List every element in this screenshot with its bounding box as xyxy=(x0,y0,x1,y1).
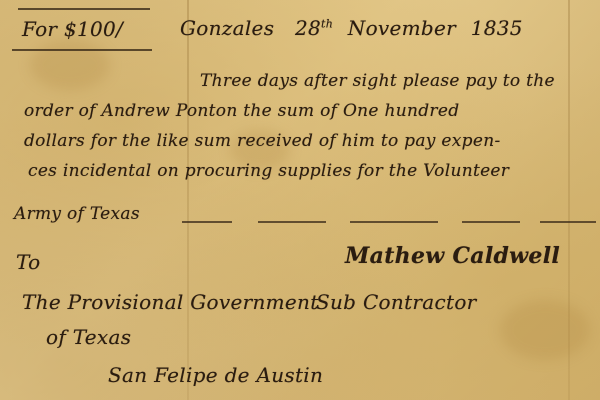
to-label: To xyxy=(16,250,40,274)
historical-document: For $100/ Gonzales 28th November 1835 Th… xyxy=(0,0,600,400)
amount-top-rule xyxy=(18,8,150,10)
amount-bottom-rule xyxy=(12,49,152,51)
day: 28 xyxy=(295,16,321,40)
amount-line: For $100/ xyxy=(22,17,123,41)
addressee-line-1: The Provisional Government xyxy=(22,290,319,314)
paper-stain xyxy=(30,40,110,90)
signature: Mathew Caldwell xyxy=(345,243,560,269)
body-line-1: Three days after sight please pay to the xyxy=(200,71,555,91)
addressee-line-3: San Felipe de Austin xyxy=(108,363,323,387)
filler-dash xyxy=(350,221,438,223)
place-date: Gonzales 28th November 1835 xyxy=(180,16,523,40)
year: 1835 xyxy=(471,16,523,40)
filler-dash xyxy=(182,221,232,223)
paper-stain xyxy=(500,300,590,360)
filler-dash xyxy=(540,221,596,223)
filler-dash xyxy=(462,221,520,223)
body-line-3: dollars for the like sum received of him… xyxy=(24,131,501,151)
body-line-4: ces incidental on procuring supplies for… xyxy=(28,161,509,181)
place: Gonzales xyxy=(180,16,274,40)
signer-title: Sub Contractor xyxy=(316,290,477,314)
paper-fold-line xyxy=(187,0,189,400)
body-line-2: order of Andrew Ponton the sum of One hu… xyxy=(24,101,459,121)
addressee-line-2: of Texas xyxy=(46,325,131,349)
filler-dash xyxy=(258,221,326,223)
month: November xyxy=(348,16,456,40)
body-line-5: Army of Texas xyxy=(14,204,140,224)
day-suffix: th xyxy=(321,17,333,30)
